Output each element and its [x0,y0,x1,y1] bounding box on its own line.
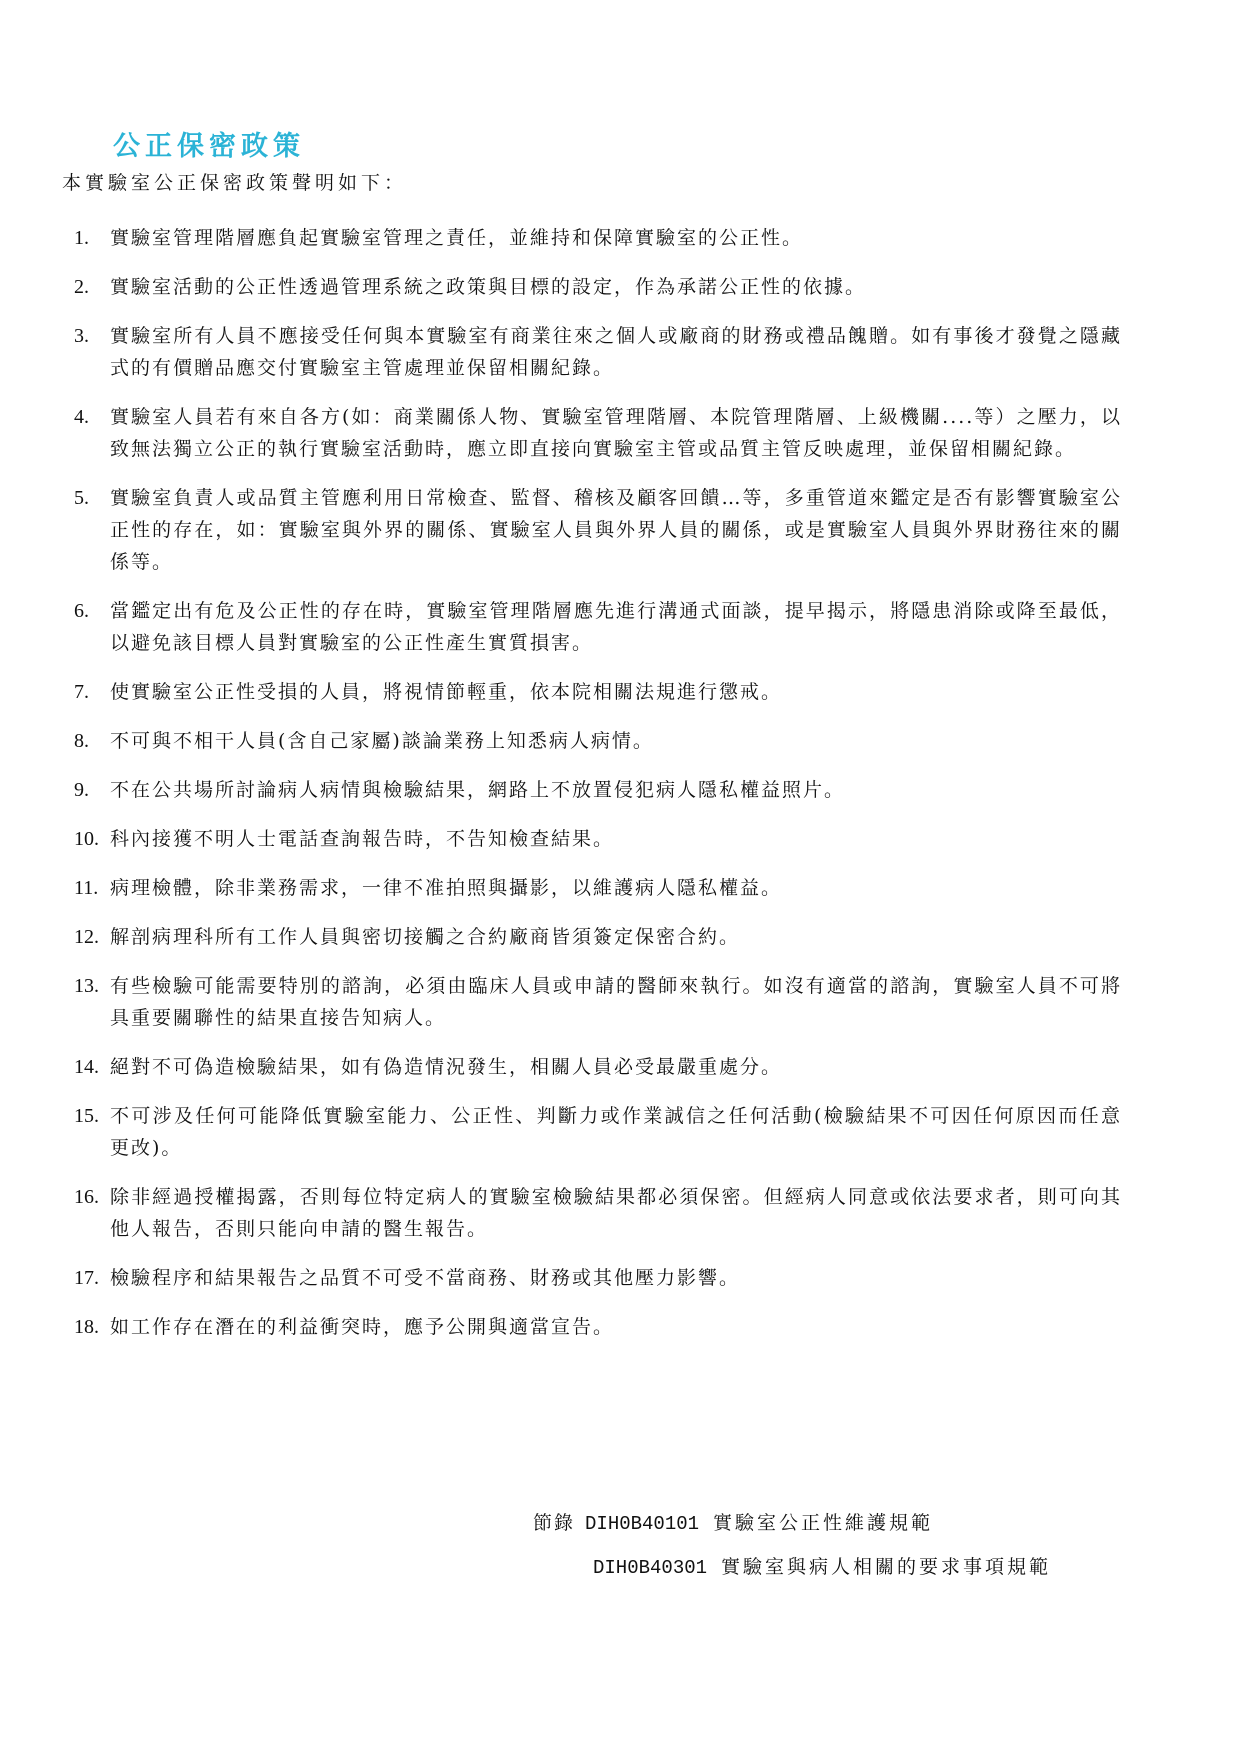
reference-code: DIH0B40301 [593,1557,707,1579]
item-number: 8. [62,725,110,757]
item-number: 11. [62,872,110,904]
policy-item-18: 18.如工作存在潛在的利益衝突時，應予公開與適當宣告。 [62,1311,1122,1343]
reference-line-2: DIH0B40301實驗室與病人相關的要求事項規範 [593,1552,1051,1579]
item-number: 12. [62,921,110,953]
item-text: 絕對不可偽造檢驗結果，如有偽造情況發生，相關人員必受最嚴重處分。 [110,1051,1122,1083]
policy-item-7: 7.使實驗室公正性受損的人員，將視情節輕重，依本院相關法規進行懲戒。 [62,676,1122,708]
item-text: 實驗室所有人員不應接受任何與本實驗室有商業往來之個人或廠商的財務或禮品餽贈。如有… [110,320,1122,384]
item-number: 3. [62,320,110,384]
policy-item-3: 3.實驗室所有人員不應接受任何與本實驗室有商業往來之個人或廠商的財務或禮品餽贈。… [62,320,1122,384]
item-text: 實驗室負責人或品質主管應利用日常檢查、監督、稽核及顧客回饋…等，多重管道來鑑定是… [110,482,1122,578]
intro-statement: 本實驗室公正保密政策聲明如下： [62,168,407,195]
item-number: 16. [62,1181,110,1245]
item-text: 如工作存在潛在的利益衝突時，應予公開與適當宣告。 [110,1311,1122,1343]
policy-item-10: 10.科內接獲不明人士電話查詢報告時，不告知檢查結果。 [62,823,1122,855]
item-number: 4. [62,401,110,465]
policy-item-4: 4.實驗室人員若有來自各方(如：商業關係人物、實驗室管理階層、本院管理階層、上級… [62,401,1122,465]
item-text: 除非經過授權揭露，否則每位特定病人的實驗室檢驗結果都必須保密。但經病人同意或依法… [110,1181,1122,1245]
item-number: 2. [62,271,110,303]
item-text: 當鑑定出有危及公正性的存在時，實驗室管理階層應先進行溝通式面談，提早揭示，將隱患… [110,595,1122,659]
policy-item-8: 8.不可與不相干人員(含自己家屬)談論業務上知悉病人病情。 [62,725,1122,757]
item-text: 實驗室人員若有來自各方(如：商業關係人物、實驗室管理階層、本院管理階層、上級機關… [110,401,1122,465]
policy-item-9: 9.不在公共場所討論病人病情與檢驗結果，網路上不放置侵犯病人隱私權益照片。 [62,774,1122,806]
policy-item-16: 16.除非經過授權揭露，否則每位特定病人的實驗室檢驗結果都必須保密。但經病人同意… [62,1181,1122,1245]
policy-item-6: 6.當鑑定出有危及公正性的存在時，實驗室管理階層應先進行溝通式面談，提早揭示，將… [62,595,1122,659]
item-number: 15. [62,1100,110,1164]
item-number: 1. [62,222,110,254]
reference-name: 實驗室公正性維護規範 [713,1512,933,1534]
item-text: 實驗室活動的公正性透過管理系統之政策與目標的設定，作為承諾公正性的依據。 [110,271,1122,303]
item-text: 不在公共場所討論病人病情與檢驗結果，網路上不放置侵犯病人隱私權益照片。 [110,774,1122,806]
item-text: 病理檢體，除非業務需求，一律不准拍照與攝影，以維護病人隱私權益。 [110,872,1122,904]
item-text: 科內接獲不明人士電話查詢報告時，不告知檢查結果。 [110,823,1122,855]
page-title: 公正保密政策 [113,124,305,163]
item-number: 14. [62,1051,110,1083]
item-number: 18. [62,1311,110,1343]
item-text: 不可涉及任何可能降低實驗室能力、公正性、判斷力或作業誠信之任何活動(檢驗結果不可… [110,1100,1122,1164]
policy-item-14: 14.絕對不可偽造檢驗結果，如有偽造情況發生，相關人員必受最嚴重處分。 [62,1051,1122,1083]
excerpt-label: 節錄 [533,1512,575,1534]
item-number: 7. [62,676,110,708]
item-text: 有些檢驗可能需要特別的諮詢，必須由臨床人員或申請的醫師來執行。如沒有適當的諮詢，… [110,970,1122,1034]
policy-item-11: 11.病理檢體，除非業務需求，一律不准拍照與攝影，以維護病人隱私權益。 [62,872,1122,904]
policy-item-12: 12.解剖病理科所有工作人員與密切接觸之合約廠商皆須簽定保密合約。 [62,921,1122,953]
item-text: 檢驗程序和結果報告之品質不可受不當商務、財務或其他壓力影響。 [110,1262,1122,1294]
policy-item-5: 5.實驗室負責人或品質主管應利用日常檢查、監督、稽核及顧客回饋…等，多重管道來鑑… [62,482,1122,578]
policy-list: 1.實驗室管理階層應負起實驗室管理之責任，並維持和保障實驗室的公正性。 2.實驗… [62,222,1122,1360]
item-number: 17. [62,1262,110,1294]
policy-item-1: 1.實驗室管理階層應負起實驗室管理之責任，並維持和保障實驗室的公正性。 [62,222,1122,254]
reference-line-1: 節錄DIH0B40101實驗室公正性維護規範 [533,1508,933,1535]
reference-name: 實驗室與病人相關的要求事項規範 [721,1556,1051,1578]
item-text: 使實驗室公正性受損的人員，將視情節輕重，依本院相關法規進行懲戒。 [110,676,1122,708]
policy-item-13: 13.有些檢驗可能需要特別的諮詢，必須由臨床人員或申請的醫師來執行。如沒有適當的… [62,970,1122,1034]
policy-item-2: 2.實驗室活動的公正性透過管理系統之政策與目標的設定，作為承諾公正性的依據。 [62,271,1122,303]
item-number: 5. [62,482,110,578]
item-number: 10. [62,823,110,855]
item-text: 解剖病理科所有工作人員與密切接觸之合約廠商皆須簽定保密合約。 [110,921,1122,953]
item-text: 實驗室管理階層應負起實驗室管理之責任，並維持和保障實驗室的公正性。 [110,222,1122,254]
item-number: 13. [62,970,110,1034]
policy-item-15: 15.不可涉及任何可能降低實驗室能力、公正性、判斷力或作業誠信之任何活動(檢驗結… [62,1100,1122,1164]
item-text: 不可與不相干人員(含自己家屬)談論業務上知悉病人病情。 [110,725,1122,757]
item-number: 6. [62,595,110,659]
policy-item-17: 17.檢驗程序和結果報告之品質不可受不當商務、財務或其他壓力影響。 [62,1262,1122,1294]
item-number: 9. [62,774,110,806]
reference-code: DIH0B40101 [585,1513,699,1535]
